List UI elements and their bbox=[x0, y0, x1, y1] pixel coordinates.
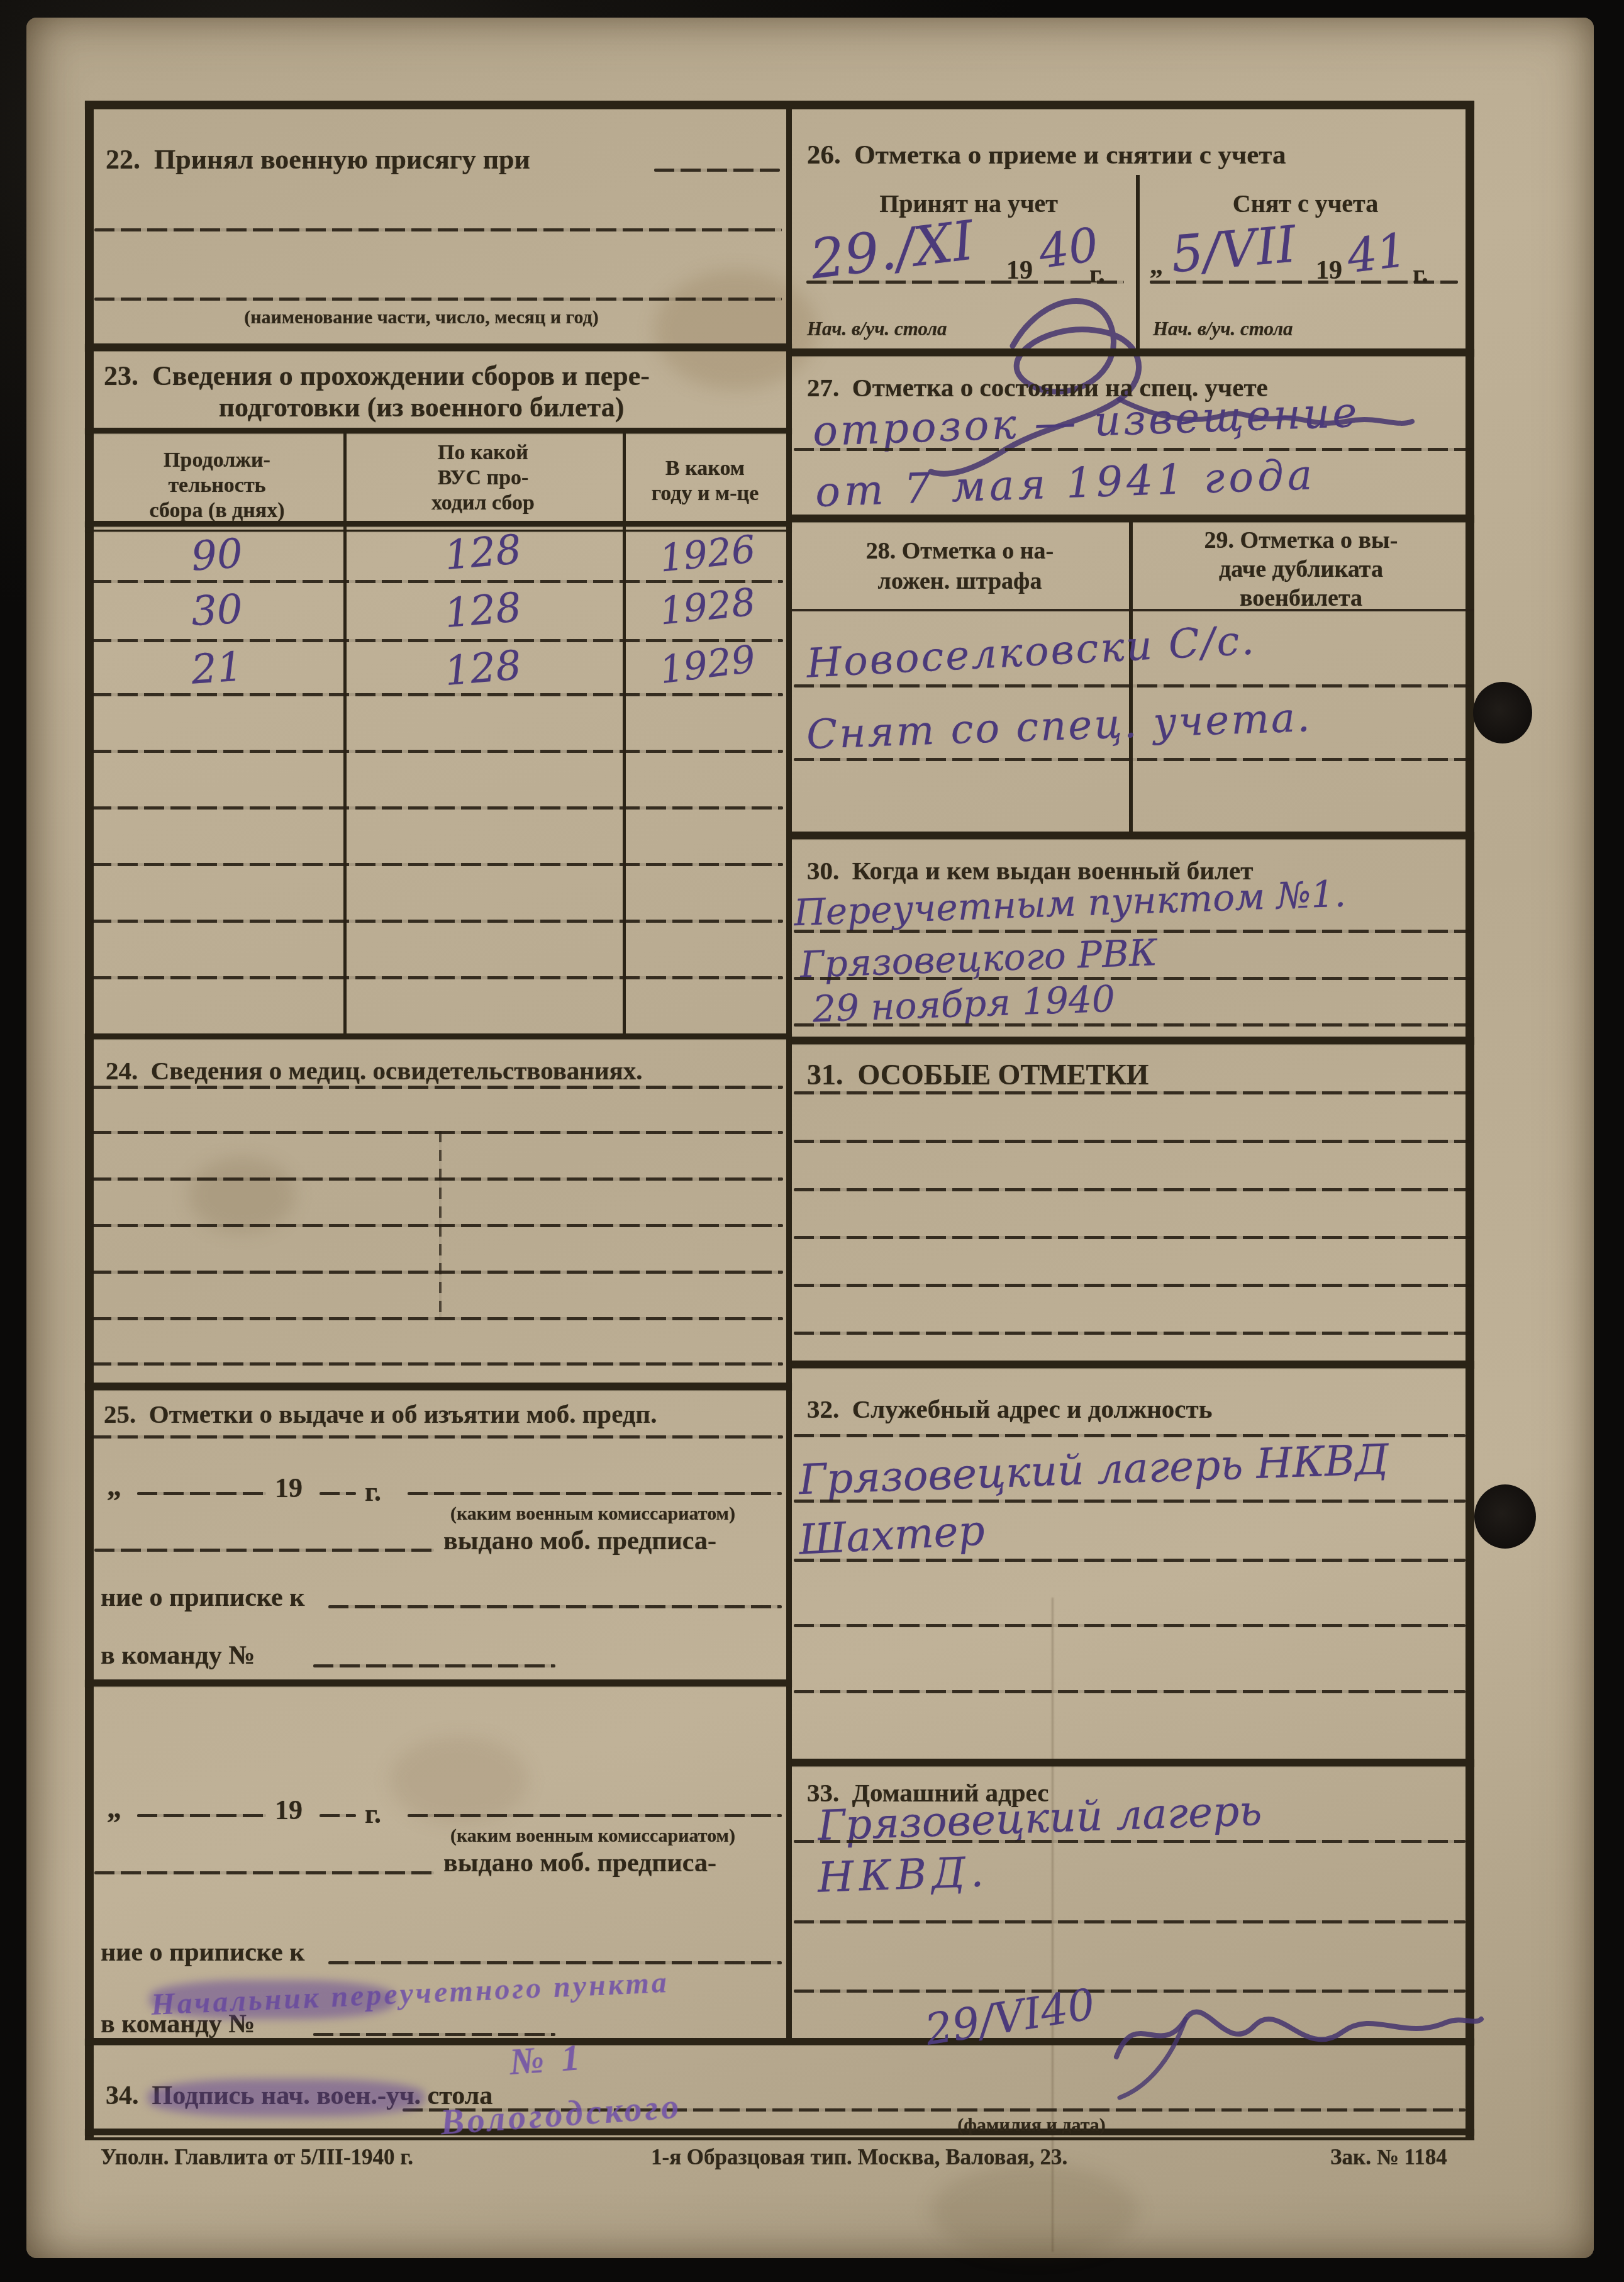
table-column-line bbox=[623, 428, 626, 1033]
punch-hole bbox=[1474, 1484, 1536, 1549]
ruled-line bbox=[794, 1690, 1465, 1693]
cell-divider-dashed bbox=[439, 1131, 442, 1320]
table-header-duration: Продолжи- тельность сбора (в днях) bbox=[94, 448, 340, 523]
ruled-line bbox=[794, 1840, 1465, 1843]
fill-line bbox=[94, 1549, 434, 1552]
ruled-line bbox=[91, 1317, 783, 1320]
paper-stain bbox=[654, 270, 818, 390]
ruled-line bbox=[94, 298, 782, 301]
table-row-line bbox=[91, 580, 783, 583]
section-divider bbox=[792, 1361, 1474, 1368]
signature-scribble bbox=[1107, 1981, 1484, 2107]
center-column-divider bbox=[786, 101, 792, 2041]
ruled-line bbox=[794, 1920, 1465, 1923]
section-22-title: 22. Принял военную присягу при bbox=[106, 143, 530, 175]
footer-printer: 1-я Образцовая тип. Москва, Валовая, 23. bbox=[651, 2145, 1067, 2170]
section-25-title: 25. Отметки о выдаче и об изъятии моб. п… bbox=[104, 1399, 657, 1429]
fill-line bbox=[313, 1664, 555, 1667]
issued-label: выдано моб. предписа- bbox=[443, 1526, 716, 1556]
section-31-label: ОСОБЫЕ ОТМЕТКИ bbox=[858, 1059, 1149, 1091]
stamp-smudge bbox=[150, 1980, 395, 2019]
ruled-line bbox=[91, 1362, 783, 1366]
fill-line bbox=[328, 1605, 782, 1608]
section-22-number: 22. bbox=[106, 144, 140, 175]
section-divider bbox=[792, 832, 1474, 839]
fill-line bbox=[137, 1814, 266, 1817]
table-row-line bbox=[91, 750, 783, 753]
section-23-label-line1: Сведения о прохождении сборов и пере- bbox=[152, 360, 650, 391]
table-header-vus: По какой ВУС про- ходил сбор bbox=[347, 440, 620, 516]
fill-line bbox=[654, 169, 780, 172]
issued-label: выдано моб. предписа- bbox=[443, 1848, 716, 1878]
team-label: в команду № bbox=[101, 1640, 255, 1671]
section-divider bbox=[85, 343, 792, 351]
section-24-label: Сведения о медиц. освидетельствованиях. bbox=[151, 1056, 643, 1085]
ruled-line bbox=[794, 684, 1472, 687]
ruled-line bbox=[794, 1284, 1472, 1287]
stamp-smudge bbox=[148, 2079, 425, 2117]
ruled-line bbox=[91, 1224, 783, 1227]
section-23-number: 23. bbox=[104, 360, 138, 391]
table-row-line bbox=[91, 639, 783, 642]
open-quote: „ bbox=[107, 1469, 121, 1503]
table-header-underline bbox=[85, 521, 792, 526]
footer-order-number: Зак. № 1184 bbox=[1330, 2145, 1447, 2170]
fill-line bbox=[313, 2033, 555, 2036]
section-29-title: 29. Отметка о вы- даче дубликата военбил… bbox=[1133, 526, 1469, 613]
ruled-line bbox=[794, 977, 1472, 980]
table-header-underline-thin bbox=[85, 530, 792, 532]
frame-right-border bbox=[1465, 101, 1474, 2139]
ruled-line bbox=[794, 448, 1472, 451]
section-24-number: 24. bbox=[106, 1056, 138, 1085]
section-26-number: 26. bbox=[807, 140, 841, 170]
table-row-line bbox=[91, 976, 783, 979]
home-address-line2: НКВД. bbox=[817, 1847, 989, 1901]
frame-left-border bbox=[85, 101, 94, 2139]
table-bottom-border bbox=[85, 1033, 792, 1039]
removed-label: Снят с учета bbox=[1150, 189, 1461, 218]
ruled-line bbox=[794, 1500, 1465, 1503]
attach-label: ние о приписке к bbox=[101, 1937, 304, 1968]
table-top-border bbox=[85, 428, 792, 433]
ruled-line bbox=[794, 1023, 1472, 1027]
header-underline bbox=[792, 609, 1474, 611]
attach-label: ние о приписке к bbox=[101, 1583, 304, 1613]
frame-bottom-border-inner bbox=[85, 2137, 1474, 2140]
commissariat-caption: (каким военным комиссариатом) bbox=[403, 1503, 783, 1525]
section-32-number: 32. bbox=[807, 1394, 839, 1423]
open-quote: „ bbox=[107, 1791, 121, 1825]
stamp-line2: № 1 bbox=[508, 2035, 585, 2084]
section-34-caption: (фамилия и дата) bbox=[925, 2115, 1138, 2136]
section-25-label: Отметки о выдаче и об изъятии моб. предп… bbox=[149, 1400, 657, 1428]
ruled-line bbox=[794, 1188, 1472, 1191]
year-prefix: 19 bbox=[275, 1794, 303, 1826]
ruled-line bbox=[794, 758, 1472, 761]
section-28-title: 28. Отметка о на- ложен. штрафа bbox=[794, 536, 1126, 596]
ruled-line bbox=[794, 1236, 1472, 1239]
ruled-line bbox=[794, 1140, 1472, 1143]
section-31-title: 31. ОСОБЫЕ ОТМЕТКИ bbox=[807, 1058, 1148, 1091]
frame-bottom-border bbox=[85, 2129, 1474, 2135]
ruled-line bbox=[794, 1091, 1472, 1094]
commissariat-caption: (каким военным комиссариатом) bbox=[403, 1825, 783, 1847]
fill-line bbox=[320, 1492, 356, 1495]
section-divider bbox=[85, 1383, 792, 1390]
year-prefix: 19 bbox=[275, 1472, 303, 1504]
paper-stain bbox=[931, 2164, 1138, 2258]
section-34-number: 34. bbox=[106, 2081, 139, 2110]
section-32-title: 32. Служебный адрес и должность bbox=[807, 1394, 1212, 1424]
section-30-number: 30. bbox=[807, 856, 839, 885]
footer-glavlit: Уполн. Главлита от 5/III-1940 г. bbox=[101, 2145, 413, 2170]
ruled-line bbox=[91, 1435, 783, 1439]
section-23-title: 23. Сведения о прохождении сборов и пере… bbox=[104, 360, 650, 392]
fill-line bbox=[408, 1492, 782, 1495]
section-25-number: 25. bbox=[104, 1400, 136, 1428]
fill-line bbox=[94, 1871, 434, 1874]
position-handwritten: Шахтер bbox=[798, 1506, 986, 1564]
section-23-label-line2: подготовки (из военного билета) bbox=[176, 391, 667, 423]
punch-hole bbox=[1473, 682, 1532, 743]
table-header-year: В каком году и м-це bbox=[626, 456, 784, 506]
paper-stain bbox=[189, 1157, 296, 1233]
table-row-line bbox=[91, 863, 783, 866]
ruled-line bbox=[91, 1177, 783, 1181]
section-26-label: Отметка о приеме и снятии с учета bbox=[854, 140, 1286, 170]
ruled-line bbox=[794, 1559, 1465, 1562]
section-31-number: 31. bbox=[807, 1059, 843, 1091]
fill-line bbox=[408, 1814, 782, 1817]
year-suffix: г. bbox=[365, 1476, 381, 1508]
ruled-line bbox=[91, 1086, 783, 1089]
section-27-number: 27. bbox=[807, 373, 839, 402]
section-24-title: 24. Сведения о медиц. освидетельствовани… bbox=[106, 1055, 643, 1086]
ruled-line bbox=[794, 1332, 1472, 1335]
section-divider bbox=[792, 515, 1474, 522]
section-divider bbox=[792, 1037, 1474, 1044]
frame-top-border bbox=[85, 101, 1474, 109]
section-divider bbox=[792, 348, 1474, 356]
photo-background: 22. Принял военную присягу при (наименов… bbox=[0, 0, 1624, 2282]
table-column-line bbox=[343, 428, 347, 1033]
section-22-caption: (наименование части, число, месяц и год) bbox=[176, 307, 667, 328]
fill-line bbox=[320, 1814, 356, 1817]
section-22-label: Принял военную присягу при bbox=[154, 144, 530, 175]
table-row-line bbox=[91, 693, 783, 696]
section-32-label: Служебный адрес и должность bbox=[852, 1394, 1213, 1423]
block-divider bbox=[85, 1679, 792, 1686]
year-suffix: г. bbox=[365, 1798, 381, 1830]
fill-line bbox=[328, 1961, 782, 1964]
section-divider bbox=[792, 1759, 1474, 1766]
section-26-title: 26. Отметка о приеме и снятии с учета bbox=[807, 140, 1286, 170]
fill-line bbox=[137, 1492, 266, 1495]
paper-stain bbox=[390, 1736, 528, 1824]
table-row-line bbox=[91, 920, 783, 923]
ruled-line bbox=[94, 228, 782, 231]
ruled-line bbox=[91, 1131, 783, 1134]
ruled-line bbox=[91, 1271, 783, 1274]
ruled-line bbox=[794, 1624, 1465, 1627]
table-row-line bbox=[91, 806, 783, 810]
